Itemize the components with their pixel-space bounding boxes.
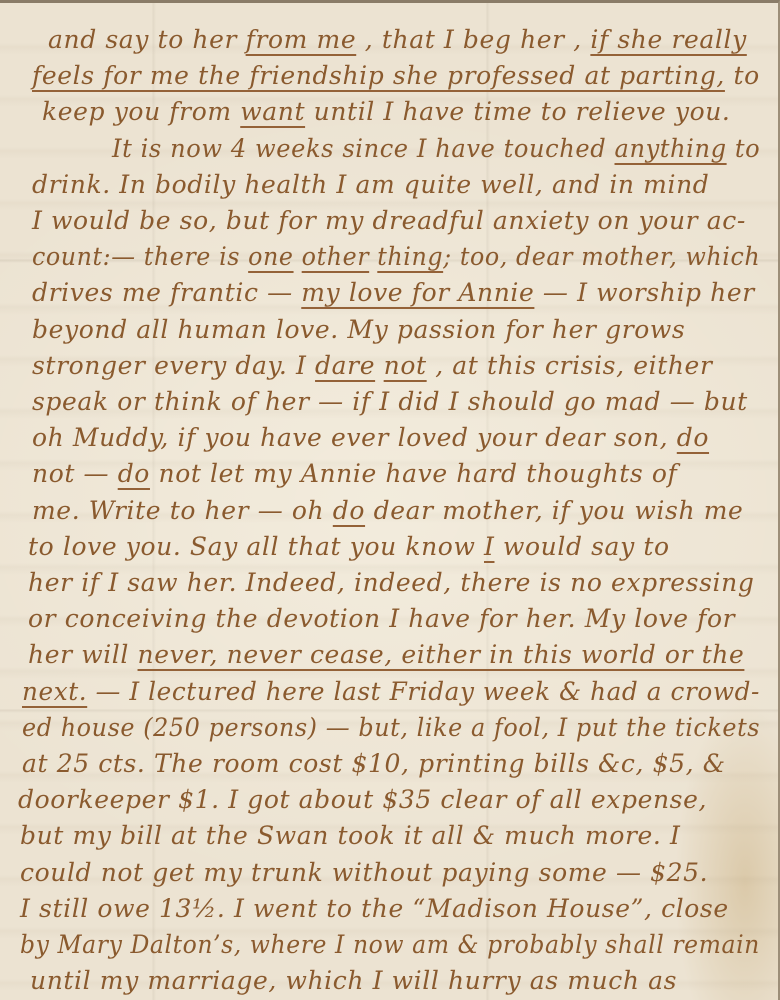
letter-line-text: drink. In bodily health I am quite well,… bbox=[32, 170, 709, 200]
letter-line-text: or conceiving the devotion I have for he… bbox=[28, 604, 735, 634]
letter-line: doorkeeper $1. I got about $35 clear of … bbox=[0, 785, 780, 815]
underlined-phrase: feels for me the friendship she professe… bbox=[32, 61, 725, 90]
letter-line-text: could not get my trunk without paying so… bbox=[20, 858, 708, 888]
letter-line-text: keep you from want until I have time to … bbox=[42, 97, 730, 127]
letter-line-text: feels for me the friendship she professe… bbox=[32, 61, 760, 91]
letter-line: drives me frantic — my love for Annie — … bbox=[0, 278, 780, 308]
letter-line: could not get my trunk without paying so… bbox=[0, 858, 780, 888]
letter-line: keep you from want until I have time to … bbox=[0, 97, 780, 127]
underlined-phrase: if she really bbox=[590, 25, 746, 54]
letter-line: at 25 cts. The room cost $10, printing b… bbox=[0, 749, 780, 779]
letter-line: and say to her from me , that I beg her … bbox=[0, 25, 780, 55]
letter-line: but my bill at the Swan took it all & mu… bbox=[0, 821, 780, 851]
letter-line-text: ed house (250 persons) — but, like a foo… bbox=[22, 713, 760, 743]
letter-line: her will never, never cease, either in t… bbox=[0, 640, 780, 670]
letter-line: oh Muddy, if you have ever loved your de… bbox=[0, 423, 780, 453]
underlined-phrase: do bbox=[677, 423, 709, 452]
letter-line-text: to love you. Say all that you know I wou… bbox=[28, 532, 670, 562]
underlined-phrase: my love for Annie bbox=[301, 278, 534, 307]
underlined-phrase: I bbox=[484, 532, 494, 561]
letter-line: her if I saw her. Indeed, indeed, there … bbox=[0, 568, 780, 598]
letter-line-text: not — do not let my Annie have hard thou… bbox=[32, 459, 677, 489]
letter-line-text: by Mary Dalton’s, where I now am & proba… bbox=[20, 930, 760, 960]
letter-line: me. Write to her — oh do dear mother, if… bbox=[0, 496, 780, 526]
letter-line-text: oh Muddy, if you have ever loved your de… bbox=[32, 423, 709, 453]
letter-line: count:— there is one other thing; too, d… bbox=[0, 242, 780, 272]
letter-line: I still owe 13½. I went to the “Madison … bbox=[0, 894, 780, 924]
letter-line: next. — I lectured here last Friday week… bbox=[0, 677, 780, 707]
letter-line: It is now 4 weeks since I have touched a… bbox=[0, 134, 780, 164]
underlined-phrase: from me bbox=[246, 25, 357, 54]
letter-line-text: her will never, never cease, either in t… bbox=[28, 640, 744, 670]
letter-line: or conceiving the devotion I have for he… bbox=[0, 604, 780, 634]
letter-line-text: me. Write to her — oh do dear mother, if… bbox=[32, 496, 743, 526]
letter-line-text: stronger every day. I dare not , at this… bbox=[32, 351, 713, 381]
underlined-phrase: next. bbox=[22, 677, 87, 706]
underlined-phrase: not bbox=[384, 351, 427, 380]
letter-line-text: doorkeeper $1. I got about $35 clear of … bbox=[18, 785, 707, 815]
underlined-phrase: do bbox=[118, 459, 150, 488]
letter-line-text: I would be so, but for my dreadful anxie… bbox=[32, 206, 746, 236]
letter-page: and say to her from me , that I beg her … bbox=[0, 0, 780, 1000]
letter-line: drink. In bodily health I am quite well,… bbox=[0, 170, 780, 200]
letter-line-text: at 25 cts. The room cost $10, printing b… bbox=[22, 749, 726, 779]
underlined-phrase: want bbox=[240, 97, 305, 126]
letter-line-text: next. — I lectured here last Friday week… bbox=[22, 677, 760, 707]
letter-line-text: I still owe 13½. I went to the “Madison … bbox=[20, 894, 729, 924]
letter-line: until my marriage, which I will hurry as… bbox=[0, 966, 780, 996]
letter-line-text: beyond all human love. My passion for he… bbox=[32, 315, 685, 345]
underlined-phrase: do bbox=[333, 496, 365, 525]
letter-line-text: drives me frantic — my love for Annie — … bbox=[32, 278, 755, 308]
letter-line: not — do not let my Annie have hard thou… bbox=[0, 459, 780, 489]
underlined-phrase: thing bbox=[377, 242, 443, 271]
letter-line: by Mary Dalton’s, where I now am & proba… bbox=[0, 930, 780, 960]
letter-line: beyond all human love. My passion for he… bbox=[0, 315, 780, 345]
letter-line-text: It is now 4 weeks since I have touched a… bbox=[112, 134, 760, 164]
letter-line-text: her if I saw her. Indeed, indeed, there … bbox=[28, 568, 754, 598]
letter-line-text: until my marriage, which I will hurry as… bbox=[30, 966, 677, 996]
letter-line: ed house (250 persons) — but, like a foo… bbox=[0, 713, 780, 743]
letter-line: stronger every day. I dare not , at this… bbox=[0, 351, 780, 381]
letter-line-text: but my bill at the Swan took it all & mu… bbox=[20, 821, 680, 851]
underlined-phrase: never, never cease, either in this world… bbox=[138, 640, 745, 669]
underlined-phrase: other bbox=[302, 242, 369, 271]
letter-line: feels for me the friendship she professe… bbox=[0, 61, 780, 91]
letter-line-text: and say to her from me , that I beg her … bbox=[48, 25, 747, 55]
underlined-phrase: dare bbox=[315, 351, 375, 380]
underlined-phrase: one bbox=[248, 242, 293, 271]
letter-line: speak or think of her — if I did I shoul… bbox=[0, 387, 780, 417]
letter-line-text: speak or think of her — if I did I shoul… bbox=[32, 387, 748, 417]
letter-line: to love you. Say all that you know I wou… bbox=[0, 532, 780, 562]
underlined-phrase: anything bbox=[614, 134, 726, 163]
letter-line-text: count:— there is one other thing; too, d… bbox=[32, 242, 760, 272]
letter-line: I would be so, but for my dreadful anxie… bbox=[0, 206, 780, 236]
